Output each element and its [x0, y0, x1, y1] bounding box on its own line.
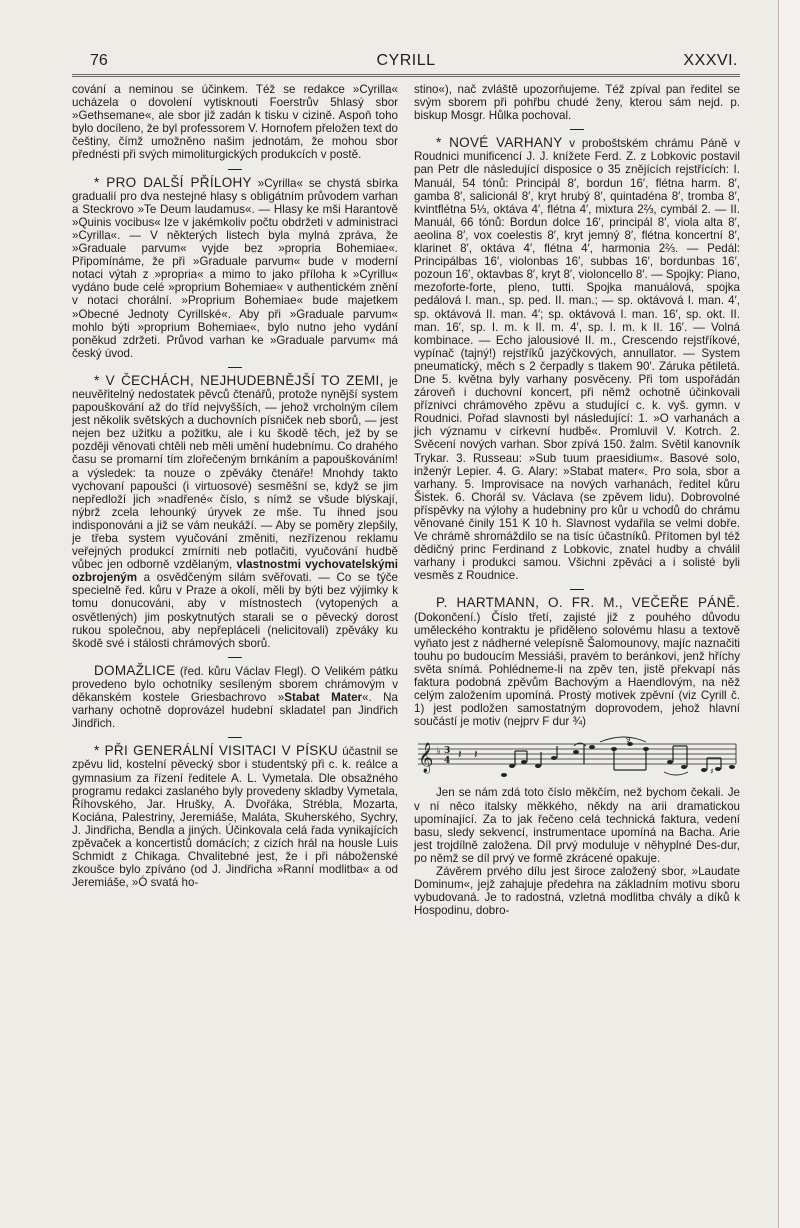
right-column: stino«), nač zvláště upozorňujeme. Též z… — [414, 83, 740, 917]
section-divider — [228, 657, 242, 658]
page-edge — [778, 0, 800, 1228]
article-nove-varhany: * NOVÉ VARHANY v proboštském chrámu Páně… — [414, 136, 740, 582]
section-divider — [570, 129, 584, 130]
article-heading: DOMAŽLICE — [94, 663, 175, 678]
article-heading: * V ČECHÁCH, NEJHUDEBNĚJŠÍ TO ZEMI, — [94, 373, 384, 388]
article-body: »Cyrilla« se chystá sbírka gradualií pro… — [72, 177, 398, 360]
article-heading: * PŘI GENERÁLNÍ VISITACI V PÍSKU — [94, 743, 338, 758]
article-pisek-visitace: * PŘI GENERÁLNÍ VISITACI V PÍSKU účastni… — [72, 744, 398, 889]
music-notation-example: 𝄞 ♭ 3 4 — [414, 734, 740, 778]
svg-text:𝄽: 𝄽 — [458, 747, 462, 761]
svg-text:9: 9 — [626, 736, 630, 744]
section-divider — [228, 737, 242, 738]
svg-text:𝄽: 𝄽 — [474, 747, 478, 761]
svg-text:𝄞: 𝄞 — [418, 742, 433, 774]
bold-phrase: Stabat Mater — [284, 691, 362, 704]
article-heading: * NOVÉ VARHANY — [436, 135, 563, 150]
article-body: účastnil se zpěvu lid, kostelní pěvecký … — [72, 745, 398, 889]
paragraph: Závěrem prvého dílu jest široce založený… — [414, 865, 740, 917]
paragraph: stino«), nač zvláště upozorňujeme. Též z… — [414, 83, 740, 122]
left-column: cování a neminou se účinkem. Též se reda… — [72, 83, 398, 917]
section-divider — [570, 589, 584, 590]
article-hartmann: P. HARTMANN, O. FR. M., VEČEŘE PÁNĚ. (Do… — [414, 596, 740, 728]
svg-text:♭: ♭ — [436, 746, 441, 757]
article-domazlice: DOMAŽLICE (řed. kůru Václav Flegl). O Ve… — [72, 664, 398, 730]
running-header: 76 CYRILL XXXVI. — [72, 50, 740, 77]
article-body: je neuvěřitelný nedostatek pěvců čtenářů… — [72, 375, 398, 571]
journal-title: CYRILL — [72, 52, 740, 70]
music-staff-icon: 𝄞 ♭ 3 4 — [414, 734, 740, 778]
article-heading: * PRO DALŠÍ PŘÍLOHY — [94, 175, 252, 190]
svg-text:♯: ♯ — [710, 767, 714, 776]
journal-page: 76 CYRILL XXXVI. cování a neminou se úči… — [72, 50, 740, 917]
article-body: (Dokončení.) Číslo třetí, zajisté již z … — [414, 611, 740, 729]
section-divider — [228, 169, 242, 170]
svg-text:4: 4 — [444, 756, 450, 766]
article-pro-dalsi-prilohy: * PRO DALŠÍ PŘÍLOHY »Cyrilla« se chystá … — [72, 176, 398, 360]
article-heading: P. HARTMANN, O. FR. M., VEČEŘE PÁNĚ. — [436, 595, 740, 610]
svg-text:3: 3 — [444, 746, 450, 756]
volume-number: XXXVI. — [683, 52, 738, 70]
paragraph: cování a neminou se účinkem. Též se reda… — [72, 83, 398, 162]
section-divider — [228, 367, 242, 368]
article-body: v proboštském chrámu Páně v Roudnici mun… — [414, 137, 740, 582]
article-v-cechach: * V ČECHÁCH, NEJHUDEBNĚJŠÍ TO ZEMI, je n… — [72, 374, 398, 650]
paragraph: Jen se nám zdá toto číslo měkčím, než by… — [414, 786, 740, 865]
